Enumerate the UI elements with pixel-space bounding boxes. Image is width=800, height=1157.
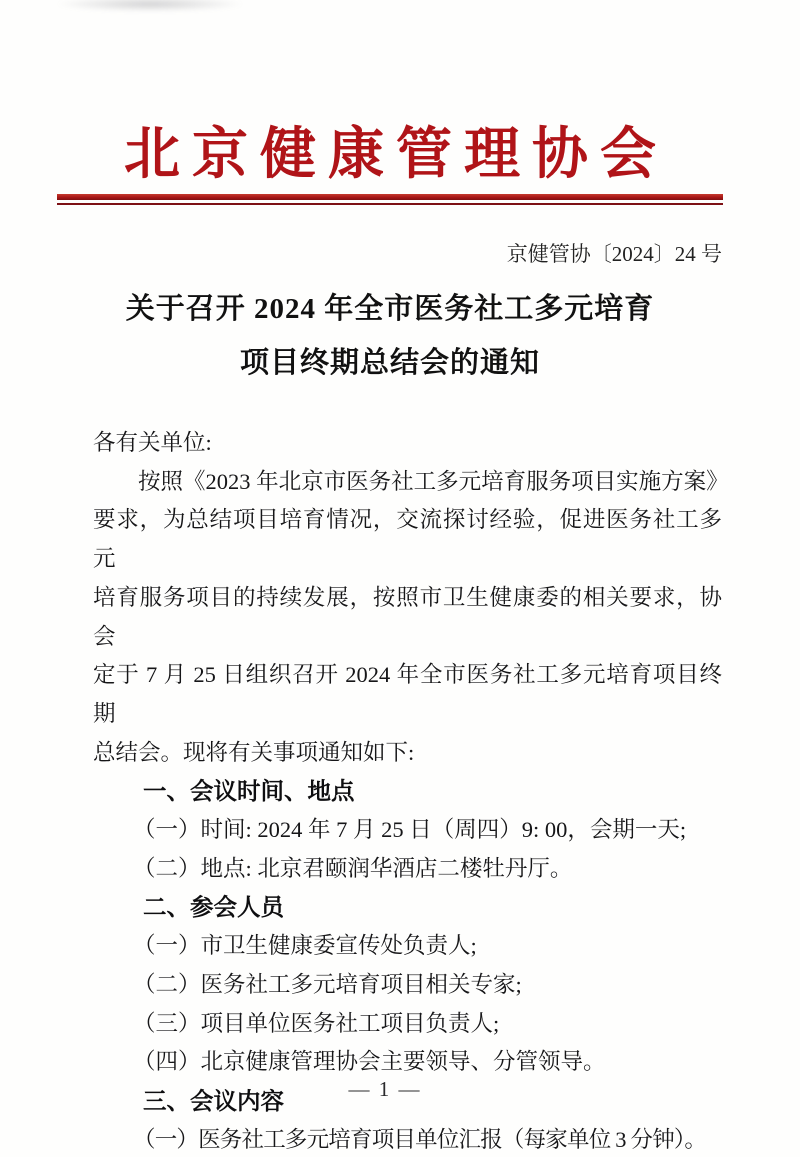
section-heading: 一、会议时间、地点 bbox=[93, 772, 722, 811]
section-item: （一）时间: 2024 年 7 月 25 日（周四）9: 00，会期一天; bbox=[93, 811, 722, 850]
section-item: （一）市卫生健康委宣传处负责人; bbox=[93, 927, 722, 966]
section-heading: 二、参会人员 bbox=[93, 888, 722, 927]
notice-title-line1: 关于召开 2024 年全市医务社工多元培育 bbox=[0, 282, 780, 336]
doc-number: 京健管协〔2024〕24 号 bbox=[0, 238, 722, 268]
notice-body: 各有关单位: 按照《2023 年北京市医务社工多元培育服务项目实施方案》 要求，… bbox=[93, 424, 722, 1157]
page-number: — 1 — bbox=[0, 1077, 770, 1102]
section-item: （二）医务社工多元培育项目相关专家; bbox=[93, 966, 722, 1005]
divider-thin-bar bbox=[57, 203, 723, 205]
intro-line: 总结会。现将有关事项通知如下: bbox=[93, 734, 722, 773]
section-item: （三）项目单位医务社工项目负责人; bbox=[93, 1005, 722, 1044]
section-item: （二）地点: 北京君颐润华酒店二楼牡丹厅。 bbox=[93, 850, 722, 889]
intro-line: 定于 7 月 25 日组织召开 2024 年全市医务社工多元培育项目终期 bbox=[93, 656, 722, 733]
notice-title-line2: 项目终期总结会的通知 bbox=[0, 336, 780, 390]
section-item: （一）医务社工多元培育项目单位汇报（每家单位 3 分钟）。 bbox=[93, 1121, 722, 1157]
intro-line: 要求，为总结项目培育情况，交流探讨经验，促进医务社工多元 bbox=[93, 501, 722, 578]
notice-title: 关于召开 2024 年全市医务社工多元培育 项目终期总结会的通知 bbox=[0, 282, 780, 390]
scan-artifact bbox=[55, 0, 245, 12]
letterhead-org-name: 北京健康管理协会 bbox=[0, 110, 780, 190]
salutation: 各有关单位: bbox=[93, 424, 722, 463]
intro-line: 培育服务项目的持续发展，按照市卫生健康委的相关要求，协会 bbox=[93, 579, 722, 656]
letterhead-divider bbox=[57, 194, 723, 205]
intro-line: 按照《2023 年北京市医务社工多元培育服务项目实施方案》 bbox=[93, 463, 722, 502]
document-page: 北京健康管理协会 京健管协〔2024〕24 号 关于召开 2024 年全市医务社… bbox=[0, 0, 800, 1157]
